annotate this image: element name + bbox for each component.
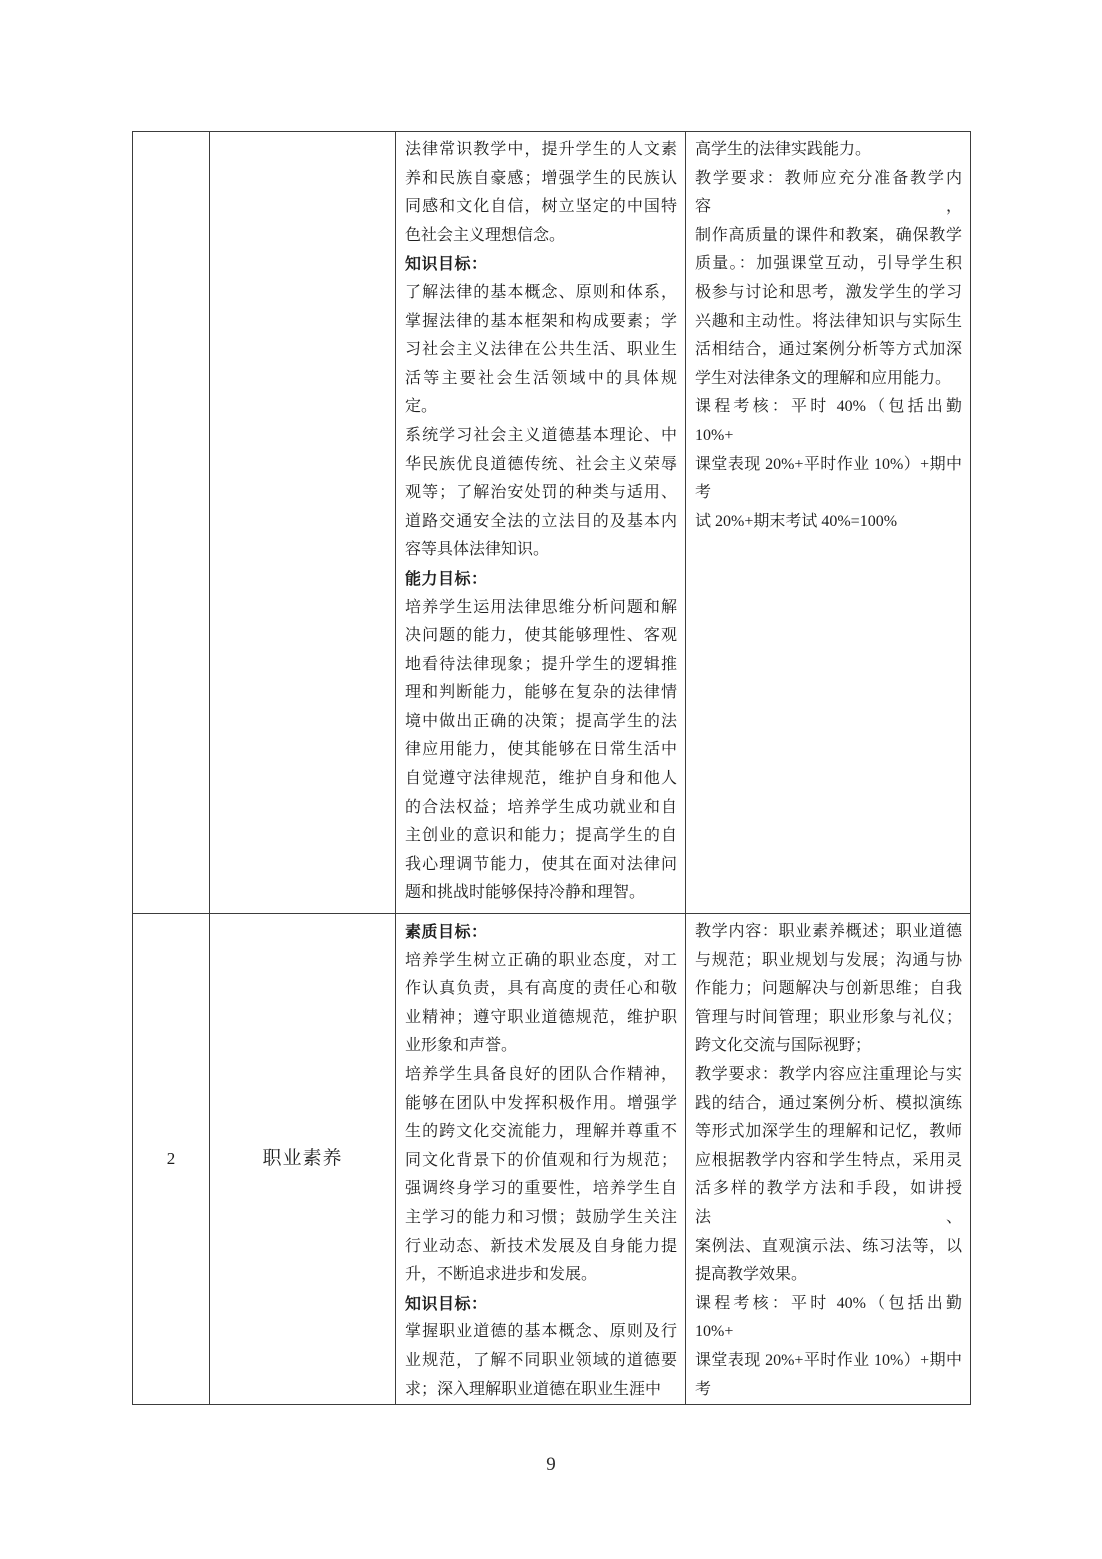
row2-objectives-cell: 素质目标：培养学生树立正确的职业态度，对工作认真负责，具有高度的责任心和敬业精神… [396,914,686,1404]
row1-objectives-cell: 法律常识教学中，提升学生的人文素养和民族自豪感；增强学生的民族认同感和文化自信，… [396,132,686,914]
text-line: 业精神；遵守职业道德规范，维护职 [405,1004,677,1033]
text-line: 践的结合，通过案例分析、模拟演练 [695,1090,962,1119]
text-line: 同文化背景下的价值观和行为规范； [405,1147,677,1176]
text-line: 课堂表现 20%+平时作业 10%）+期中考 [695,1347,962,1404]
text-line: 兴趣和主动性。将法律知识与实际生 [695,308,962,337]
text-line: 素质目标： [405,918,677,947]
text-line: 强调终身学习的重要性，培养学生自 [405,1175,677,1204]
text-line: 知识目标： [405,250,677,279]
row1-teaching-cell: 高学生的法律实践能力。教学要求：教师应充分准备教学内容，制作高质量的课件和教案，… [686,132,970,914]
page-number: 9 [0,1454,1102,1476]
text-line: 养和民族自豪感；增强学生的民族认 [405,165,677,194]
body-paragraph: 高学生的法律实践能力。 [695,136,962,165]
text-line: 培养学生运用法律思维分析问题和解 [405,594,677,623]
section-heading: 能力目标： [405,565,677,594]
body-paragraph: 教学内容：职业素养概述；职业道德与规范；职业规划与发展；沟通与协作能力；问题解决… [695,918,962,1061]
text-line: 试 20%+期末考试 40%=100% [695,508,962,537]
text-line: 能力目标： [405,565,677,594]
text-line: 求；深入理解职业道德在职业生涯中 [405,1376,677,1405]
text-line: 律应用能力，使其能够在日常生活中 [405,736,677,765]
body-paragraph: 系统学习社会主义道德基本理论、中华民族优良道德传统、社会主义荣辱观等；了解治安处… [405,422,677,565]
text-line: 课程考核：平时 40%（包括出勤 10%+ [695,393,962,450]
text-line: 课堂表现 20%+平时作业 10%）+期中考 [695,451,962,508]
text-line: 与规范；职业规划与发展；沟通与协 [695,947,962,976]
text-line: 作能力；问题解决与创新思维；自我 [695,975,962,1004]
text-line: 色社会主义理想信念。 [405,222,677,251]
text-line: 境中做出正确的决策；提高学生的法 [405,708,677,737]
text-line: 道路交通安全法的立法目的及基本内 [405,508,677,537]
text-line: 地看待法律现象；提升学生的逻辑推 [405,651,677,680]
text-line: 理和判断能力，能够在复杂的法律情 [405,679,677,708]
text-line: 高学生的法律实践能力。 [695,136,962,165]
row2-index-cell: 2 [133,914,210,1404]
text-line: 主学习的能力和习惯；鼓励学生关注 [405,1204,677,1233]
section-heading: 素质目标： [405,918,677,947]
body-paragraph: 培养学生运用法律思维分析问题和解决问题的能力，使其能够理性、客观地看待法律现象；… [405,594,677,909]
text-line: 能够在团队中发挥积极作用。增强学 [405,1090,677,1119]
text-line: 应根据教学内容和学生特点，采用灵 [695,1147,962,1176]
text-line: 主创业的意识和能力；提高学生的自 [405,822,677,851]
text-line: 华民族优良道德传统、社会主义荣辱 [405,451,677,480]
text-line: 行业动态、新技术发展及自身能力提 [405,1233,677,1262]
text-line: 培养学生具备良好的团队合作精神， [405,1061,677,1090]
text-line: 作认真负责，具有高度的责任心和敬 [405,975,677,1004]
text-line: 质量。：加强课堂互动，引导学生积 [695,250,962,279]
text-line: 掌握职业道德的基本概念、原则及行 [405,1318,677,1347]
row2-teaching-cell: 教学内容：职业素养概述；职业道德与规范；职业规划与发展；沟通与协作能力；问题解决… [686,914,970,1404]
text-line: 活等主要社会生活领域中的具体规 [405,365,677,394]
text-line: 生的跨文化交流能力，理解并尊重不 [405,1118,677,1147]
section-heading: 知识目标： [405,1290,677,1319]
row1-course-name-cell [210,132,396,914]
section-heading: 知识目标： [405,250,677,279]
text-line: 教学要求：教学内容应注重理论与实 [695,1061,962,1090]
text-line: 了解法律的基本概念、原则和体系， [405,279,677,308]
text-line: 提高教学效果。 [695,1261,962,1290]
text-line: 观等；了解治安处罚的种类与适用、 [405,479,677,508]
text-line: 升，不断追求进步和发展。 [405,1261,677,1290]
text-line: 课程考核：平时 40%（包括出勤 10%+ [695,1290,962,1347]
text-line: 业规范，了解不同职业领域的道德要 [405,1347,677,1376]
text-line: 我心理调节能力，使其在面对法律问 [405,851,677,880]
text-line: 活多样的教学方法和手段，如讲授法、 [695,1175,962,1232]
text-line: 容等具体法律知识。 [405,536,677,565]
text-line: 等形式加深学生的理解和记忆，教师 [695,1118,962,1147]
text-line: 管理与时间管理；职业形象与礼仪； [695,1004,962,1033]
text-line: 自觉遵守法律规范，维护自身和他人 [405,765,677,794]
text-line: 掌握法律的基本框架和构成要素；学 [405,308,677,337]
text-line: 跨文化交流与国际视野； [695,1032,962,1061]
body-paragraph: 教学要求：教师应充分准备教学内容，制作高质量的课件和教案，确保教学质量。：加强课… [695,165,962,394]
body-paragraph: 培养学生具备良好的团队合作精神，能够在团队中发挥积极作用。增强学生的跨文化交流能… [405,1061,677,1290]
text-line: 定。 [405,393,677,422]
text-line: 教学要求：教师应充分准备教学内容， [695,165,962,222]
text-line: 业形象和声誉。 [405,1032,677,1061]
body-paragraph: 掌握职业道德的基本概念、原则及行业规范，了解不同职业领域的道德要求；深入理解职业… [405,1318,677,1404]
row2-course-name-cell: 职业素养 [210,914,396,1404]
text-line: 教学内容：职业素养概述；职业道德 [695,918,962,947]
text-line: 法律常识教学中，提升学生的人文素 [405,136,677,165]
row1-index-cell [133,132,210,914]
text-line: 案例法、直观演示法、练习法等，以 [695,1233,962,1262]
text-line: 极参与讨论和思考，激发学生的学习 [695,279,962,308]
text-line: 学生对法律条文的理解和应用能力。 [695,365,962,394]
body-paragraph: 法律常识教学中，提升学生的人文素养和民族自豪感；增强学生的民族认同感和文化自信，… [405,136,677,250]
course-objectives-table: 法律常识教学中，提升学生的人文素养和民族自豪感；增强学生的民族认同感和文化自信，… [132,131,971,1405]
text-line: 系统学习社会主义道德基本理论、中 [405,422,677,451]
text-line: 题和挑战时能够保持冷静和理智。 [405,879,677,908]
text-line: 同感和文化自信，树立坚定的中国特 [405,193,677,222]
text-line: 制作高质量的课件和教案，确保教学 [695,222,962,251]
body-paragraph: 培养学生树立正确的职业态度，对工作认真负责，具有高度的责任心和敬业精神；遵守职业… [405,947,677,1061]
text-line: 活相结合，通过案例分析等方式加深 [695,336,962,365]
body-paragraph: 教学要求：教学内容应注重理论与实践的结合，通过案例分析、模拟演练等形式加深学生的… [695,1061,962,1290]
text-line: 决问题的能力，使其能够理性、客观 [405,622,677,651]
text-line: 的合法权益；培养学生成功就业和自 [405,794,677,823]
body-paragraph: 课程考核：平时 40%（包括出勤 10%+课堂表现 20%+平时作业 10%）+… [695,1290,962,1404]
body-paragraph: 课程考核：平时 40%（包括出勤 10%+课堂表现 20%+平时作业 10%）+… [695,393,962,536]
body-paragraph: 了解法律的基本概念、原则和体系，掌握法律的基本框架和构成要素；学习社会主义法律在… [405,279,677,422]
text-line: 培养学生树立正确的职业态度，对工 [405,947,677,976]
text-line: 习社会主义法律在公共生活、职业生 [405,336,677,365]
text-line: 知识目标： [405,1290,677,1319]
document-page: 法律常识教学中，提升学生的人文素养和民族自豪感；增强学生的民族认同感和文化自信，… [0,0,1102,1559]
